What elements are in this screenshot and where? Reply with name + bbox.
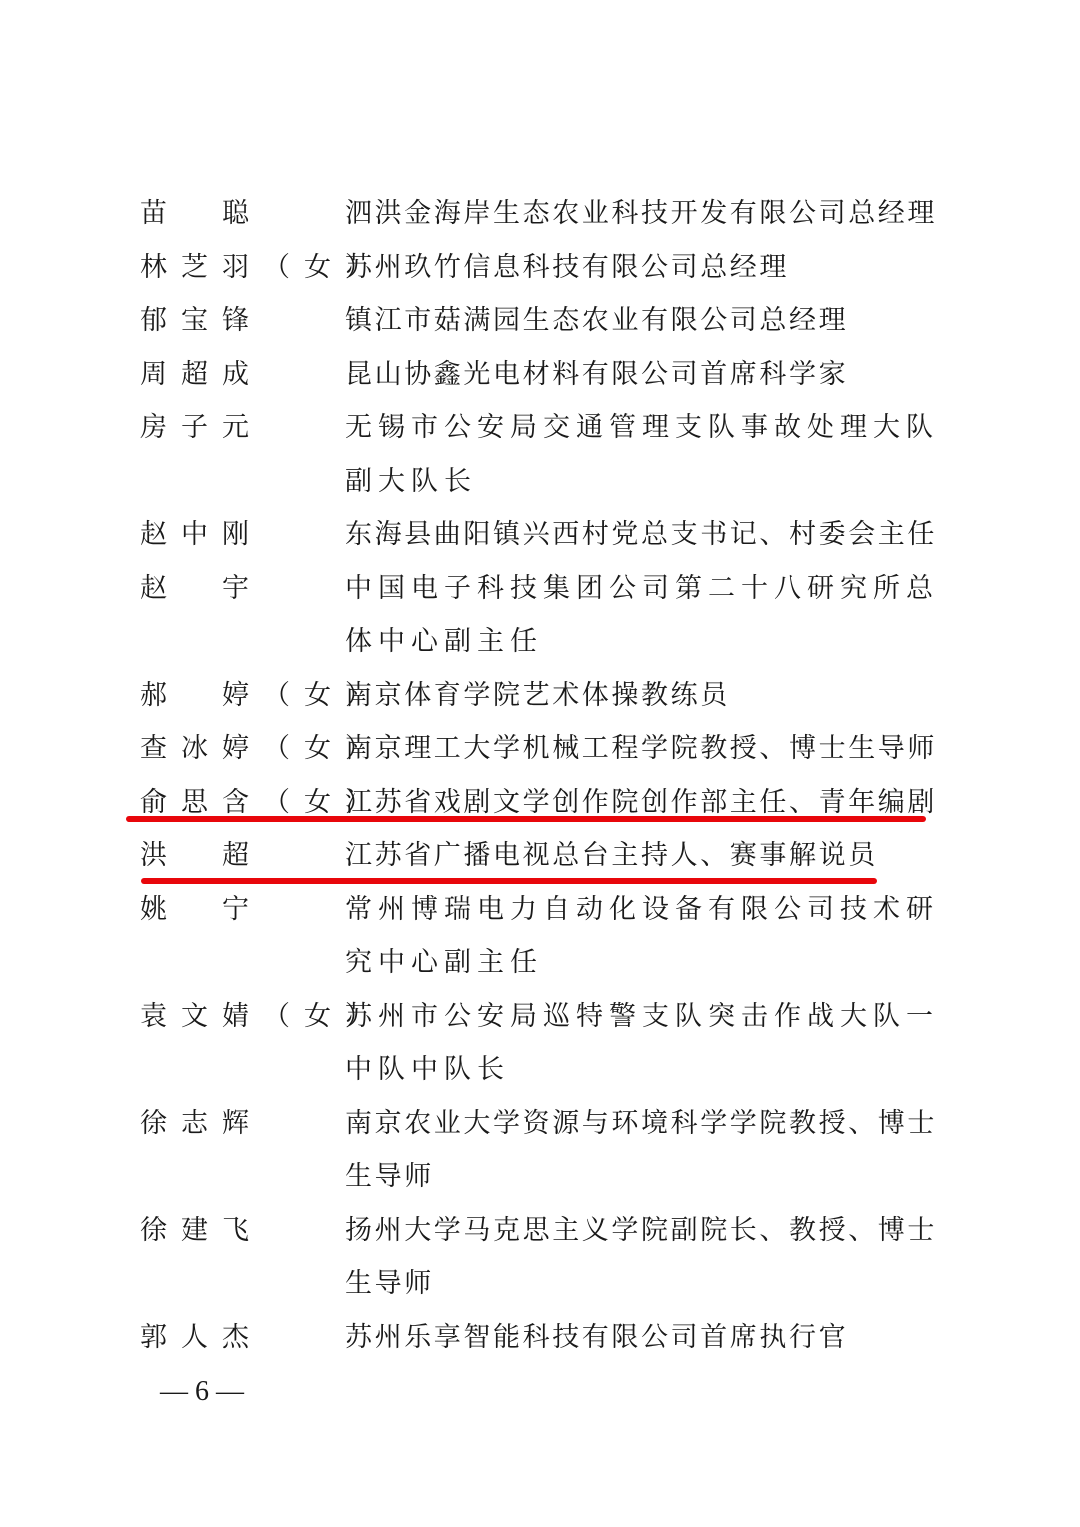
list-item: 赵中刚 东海县曲阳镇兴西村党总支书记、村委会主任: [140, 508, 950, 562]
person-name: 房子元: [140, 401, 345, 455]
highlight-underline: [126, 816, 926, 822]
person-name: 徐建飞: [140, 1204, 345, 1258]
person-position: 常州博瑞电力自动化设备有限公司技术研究中心副主任: [345, 883, 950, 990]
person-position: 中国电子科技集团公司第二十八研究所总体中心副主任: [345, 562, 950, 669]
person-position: 昆山协鑫光电材料有限公司首席科学家: [345, 348, 950, 402]
person-name: 郁宝锋: [140, 294, 345, 348]
person-position: 南京农业大学资源与环境科学学院教授、博士生导师: [345, 1097, 950, 1204]
highlight-underline: [141, 878, 877, 884]
person-name: 洪 超: [140, 829, 345, 883]
list-item: 徐建飞 扬州大学马克思主义学院副院长、教授、博士生导师: [140, 1204, 950, 1311]
person-position: 苏州玖竹信息科技有限公司总经理: [345, 241, 950, 295]
page-number: — 6 —: [160, 1372, 244, 1412]
person-name: 周超成: [140, 348, 345, 402]
list-item: 赵 宇 中国电子科技集团公司第二十八研究所总体中心副主任: [140, 562, 950, 669]
list-item: 查冰婷（女） 南京理工大学机械工程学院教授、博士生导师: [140, 722, 950, 776]
person-position: 苏州市公安局巡特警支队突击作战大队一中队中队长: [345, 990, 950, 1097]
person-name: 查冰婷（女）: [140, 722, 345, 776]
person-name: 郭人杰: [140, 1311, 345, 1365]
list-item: 林芝羽（女） 苏州玖竹信息科技有限公司总经理: [140, 241, 950, 295]
person-name: 郝 婷（女）: [140, 669, 345, 723]
list-item-highlighted: 洪 超 江苏省广播电视总台主持人、赛事解说员: [140, 829, 950, 883]
list-item: 苗 聪 泗洪金海岸生态农业科技开发有限公司总经理: [140, 187, 950, 241]
list-item: 房子元 无锡市公安局交通管理支队事故处理大队副大队长: [140, 401, 950, 508]
person-name: 林芝羽（女）: [140, 241, 345, 295]
person-position: 江苏省广播电视总台主持人、赛事解说员: [345, 829, 950, 883]
person-name: 赵 宇: [140, 562, 345, 616]
document-page: 苗 聪 泗洪金海岸生态农业科技开发有限公司总经理 林芝羽（女） 苏州玖竹信息科技…: [0, 0, 1080, 1527]
person-position: 镇江市菇满园生态农业有限公司总经理: [345, 294, 950, 348]
name-list: 苗 聪 泗洪金海岸生态农业科技开发有限公司总经理 林芝羽（女） 苏州玖竹信息科技…: [140, 187, 950, 1364]
person-position: 南京体育学院艺术体操教练员: [345, 669, 950, 723]
person-name: 苗 聪: [140, 187, 345, 241]
list-item: 徐志辉 南京农业大学资源与环境科学学院教授、博士生导师: [140, 1097, 950, 1204]
person-position: 扬州大学马克思主义学院副院长、教授、博士生导师: [345, 1204, 950, 1311]
person-position: 东海县曲阳镇兴西村党总支书记、村委会主任: [345, 508, 950, 562]
person-position: 无锡市公安局交通管理支队事故处理大队副大队长: [345, 401, 950, 508]
person-name: 姚 宁: [140, 883, 345, 937]
list-item: 郭人杰 苏州乐享智能科技有限公司首席执行官: [140, 1311, 950, 1365]
person-position: 苏州乐享智能科技有限公司首席执行官: [345, 1311, 950, 1365]
person-position: 泗洪金海岸生态农业科技开发有限公司总经理: [345, 187, 950, 241]
person-name: 徐志辉: [140, 1097, 345, 1151]
list-item: 袁文婧（女） 苏州市公安局巡特警支队突击作战大队一中队中队长: [140, 990, 950, 1097]
person-name: 赵中刚: [140, 508, 345, 562]
person-position: 南京理工大学机械工程学院教授、博士生导师: [345, 722, 950, 776]
list-item: 郁宝锋 镇江市菇满园生态农业有限公司总经理: [140, 294, 950, 348]
list-item: 郝 婷（女） 南京体育学院艺术体操教练员: [140, 669, 950, 723]
list-item: 周超成 昆山协鑫光电材料有限公司首席科学家: [140, 348, 950, 402]
person-name: 袁文婧（女）: [140, 990, 345, 1044]
list-item: 姚 宁 常州博瑞电力自动化设备有限公司技术研究中心副主任: [140, 883, 950, 990]
